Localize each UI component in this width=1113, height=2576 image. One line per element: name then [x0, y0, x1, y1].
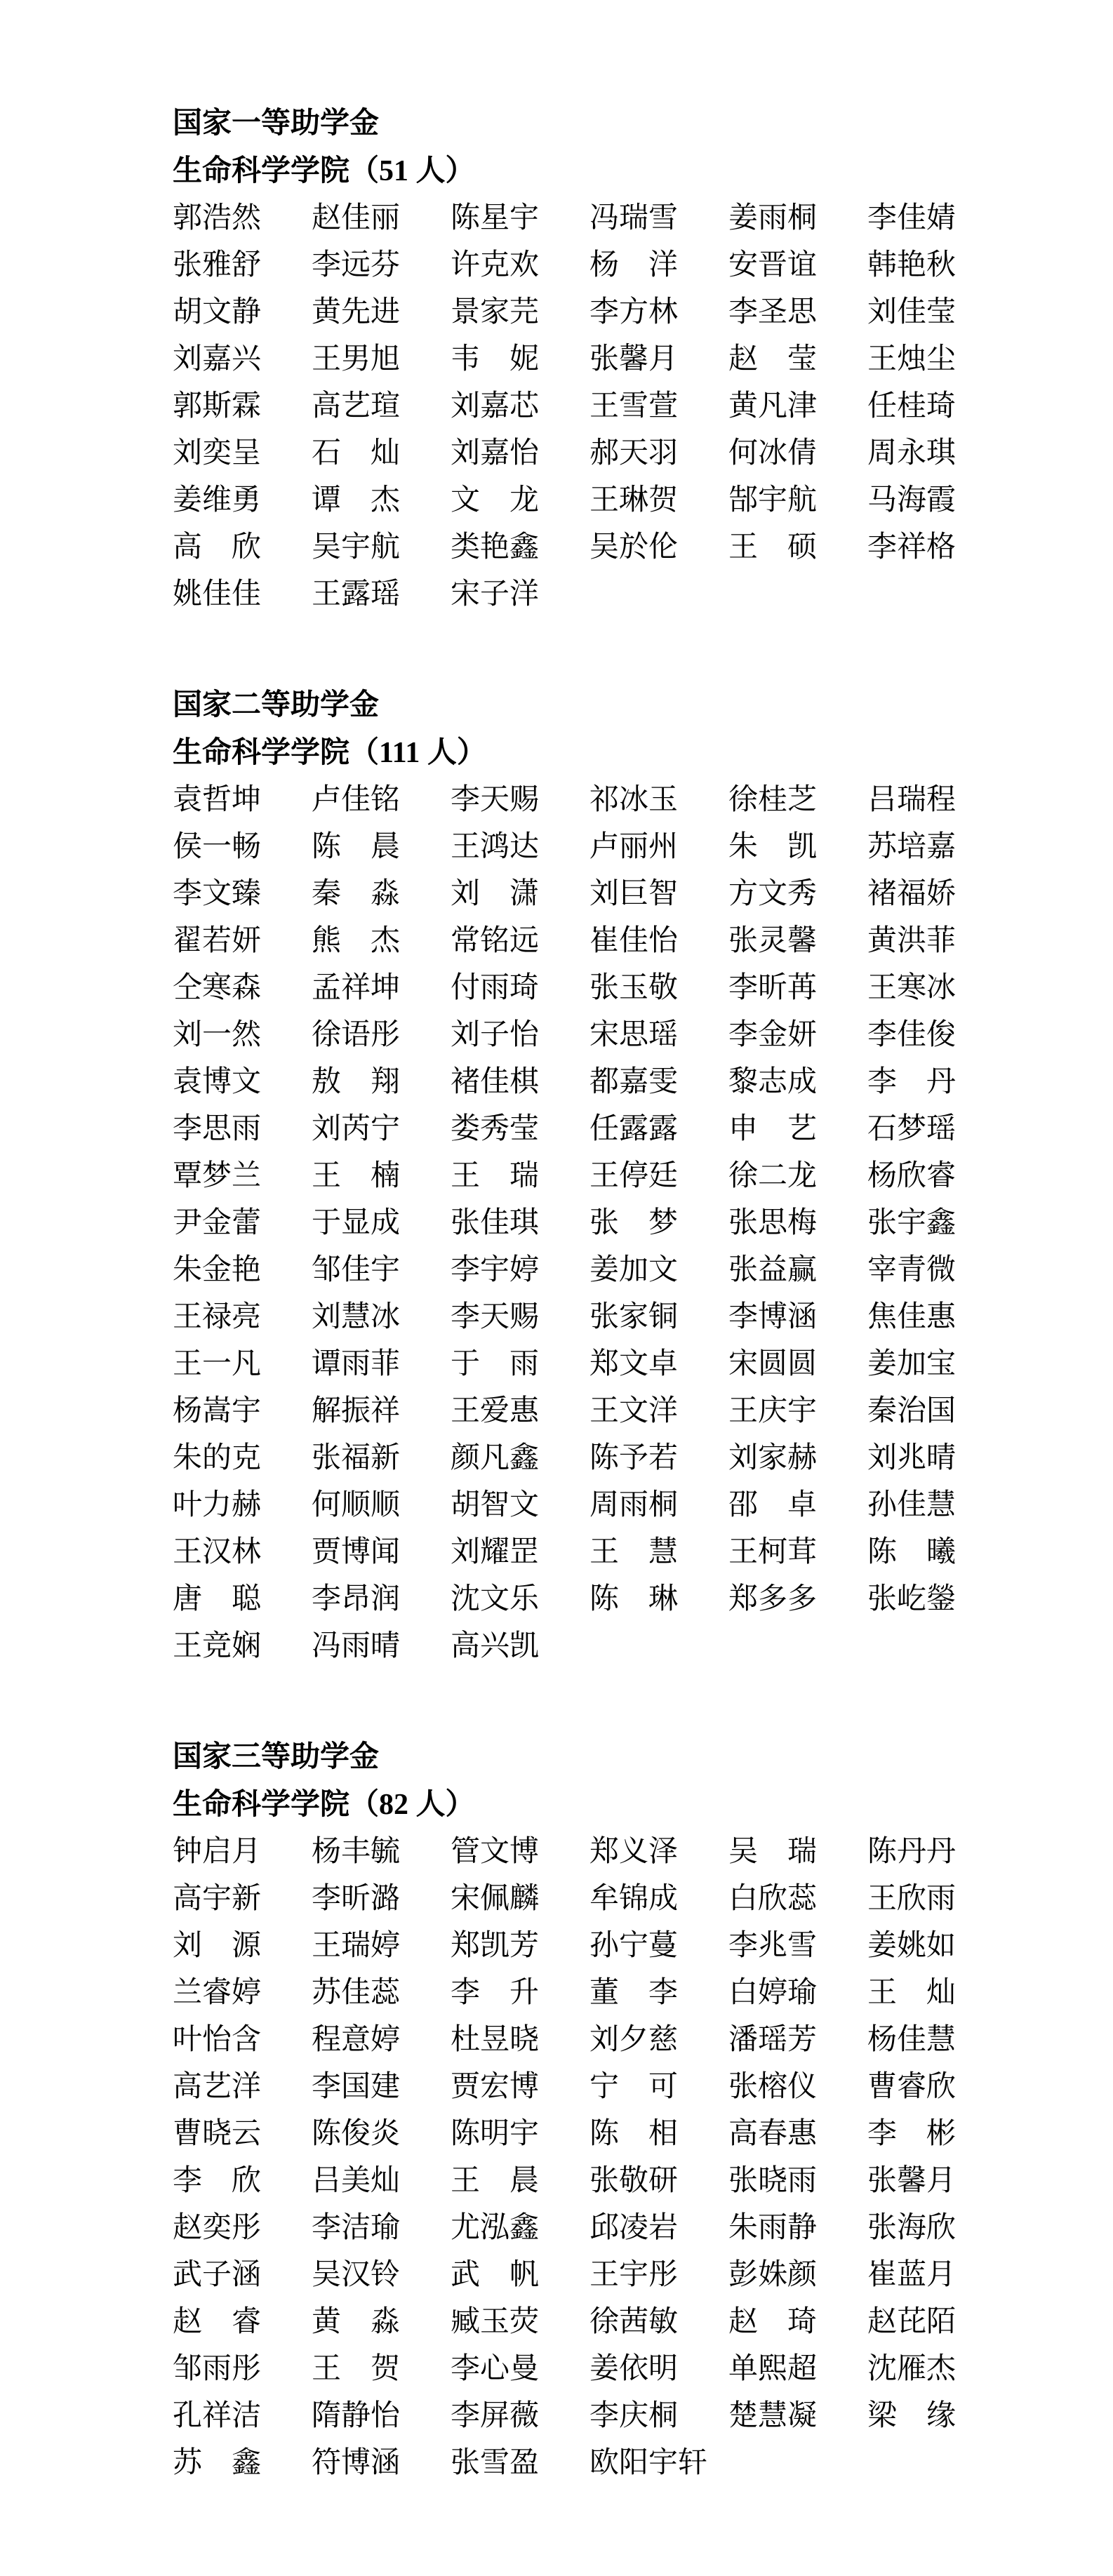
recipient-name: 胡智文: [451, 1489, 539, 1521]
recipient-name: 都嘉雯: [589, 1066, 678, 1098]
recipient-name: 曹睿欣: [867, 2071, 956, 2103]
name-cell: 常铭远: [451, 918, 589, 965]
recipient-name: 管文博: [451, 1836, 539, 1868]
recipient-name: 黄凡津: [728, 390, 817, 422]
name-cell: 许克欢: [451, 242, 589, 289]
name-row: 仝寒森孟祥坤付雨琦张玉敬李昕苒王寒冰: [173, 965, 1029, 1012]
recipient-name: 武子涵: [173, 2259, 261, 2291]
name-cell: 陈 相: [589, 2111, 728, 2158]
recipient-name: 景家芫: [451, 296, 539, 328]
recipient-name: 李昕苒: [728, 972, 817, 1004]
section-subtitle: 生命科学学院（82 人）: [173, 1781, 1029, 1829]
recipient-name: 高艺瑄: [312, 390, 400, 422]
recipient-name: 石梦瑶: [867, 1113, 956, 1145]
recipient-name: 焦佳惠: [867, 1301, 956, 1333]
recipient-name: 张灵馨: [728, 925, 817, 957]
recipient-name: 邹佳宇: [312, 1254, 400, 1286]
name-row: 刘奕呈石 灿刘嘉怡郝天羽何冰倩周永琪: [173, 430, 1029, 477]
name-cell: 安晋谊: [728, 242, 867, 289]
name-cell: 徐茜敏: [589, 2299, 728, 2346]
name-cell: 祁冰玉: [589, 777, 728, 824]
recipient-name: 安晋谊: [728, 249, 817, 281]
name-cell: 宋思瑶: [589, 1012, 728, 1059]
recipient-name: 李天赐: [451, 1301, 539, 1333]
recipient-name: 李圣思: [728, 296, 817, 328]
recipient-name: 宋佩麟: [451, 1883, 539, 1915]
recipient-name: 李昕潞: [312, 1883, 400, 1915]
recipient-name: 沈雁杰: [867, 2353, 956, 2385]
name-cell: 马海霞: [867, 477, 1006, 524]
name-cell: 褚佳棋: [451, 1059, 589, 1106]
recipient-name: 白婷瑜: [728, 1977, 817, 2009]
name-cell: 熊 杰: [312, 918, 451, 965]
recipient-name: 刘巨智: [589, 878, 678, 910]
recipient-name: 侯一畅: [173, 831, 261, 863]
name-cell: 陈 琳: [589, 1576, 728, 1623]
recipient-name: 李思雨: [173, 1113, 261, 1145]
recipient-name: 褚佳棋: [451, 1066, 539, 1098]
name-cell: 曹晓云: [173, 2111, 312, 2158]
recipient-name: 李 彬: [867, 2118, 956, 2150]
recipient-name: 王停廷: [589, 1160, 678, 1192]
name-cell: 刘慧冰: [312, 1294, 451, 1341]
name-cell: 杨丰毓: [312, 1829, 451, 1876]
recipient-name: 王瑞婷: [312, 1930, 400, 1962]
name-cell: 王庆宇: [728, 1388, 867, 1435]
recipient-name: 高 欣: [173, 531, 261, 563]
name-cell: 刘兆晴: [867, 1435, 1006, 1482]
name-cell: 黄 淼: [312, 2299, 451, 2346]
recipient-name: 兰睿婷: [173, 1977, 261, 2009]
recipient-name: 陈 相: [589, 2118, 678, 2150]
name-cell: 姜维勇: [173, 477, 312, 524]
recipient-name: 李博涵: [728, 1301, 817, 1333]
section-third-class-grant: 国家三等助学金 生命科学学院（82 人） 钟启月杨丰毓管文博郑义泽吴 瑞陈丹丹高…: [173, 1733, 1029, 2487]
recipient-name: 张雪盈: [451, 2447, 539, 2479]
name-row: 武子涵吴汉铃武 帆王宇彤彭姝颜崔蓝月: [173, 2252, 1029, 2299]
name-cell: 李洁瑜: [312, 2205, 451, 2252]
name-row: 姚佳佳王露瑶宋子洋: [173, 571, 1029, 618]
name-row: 姜维勇谭 杰文 龙王琳贺郜宇航马海霞: [173, 477, 1029, 524]
recipient-name: 刘嘉兴: [173, 343, 261, 375]
name-cell: 王琳贺: [589, 477, 728, 524]
name-cell: 李圣思: [728, 289, 867, 336]
name-cell: 冯瑞雪: [589, 195, 728, 242]
recipient-name: 刘嘉怡: [451, 437, 539, 469]
recipient-name: 翟若妍: [173, 925, 261, 957]
recipient-name: 陈丹丹: [867, 1836, 956, 1868]
recipient-name: 王欣雨: [867, 1883, 956, 1915]
name-cell: 刘子怡: [451, 1012, 589, 1059]
name-row: 朱的克张福新颜凡鑫陈予若刘家赫刘兆晴: [173, 1435, 1029, 1482]
name-row: 孔祥洁隋静怡李屏薇李庆桐楚慧凝梁 缘: [173, 2393, 1029, 2440]
recipient-name: 张 梦: [589, 1207, 678, 1239]
recipient-name: 秦 淼: [312, 878, 400, 910]
recipient-name: 朱的克: [173, 1442, 261, 1474]
recipient-name: 白欣蕊: [728, 1883, 817, 1915]
name-cell: 陈星宇: [451, 195, 589, 242]
name-cell: 赵芘陌: [867, 2299, 1006, 2346]
name-cell: 徐语彤: [312, 1012, 451, 1059]
recipient-name: 王庆宇: [728, 1395, 817, 1427]
recipient-name: 杨嵩宇: [173, 1395, 261, 1427]
name-row: 王竞娴冯雨晴高兴凯: [173, 1623, 1029, 1670]
recipient-name: 刘慧冰: [312, 1301, 400, 1333]
name-cell: 宁 可: [589, 2064, 728, 2111]
name-grid: 郭浩然赵佳丽陈星宇冯瑞雪姜雨桐李佳婧张雅舒李远芬许克欢杨 洋安晋谊韩艳秋胡文静黄…: [173, 195, 1029, 618]
name-cell: 尤泓鑫: [451, 2205, 589, 2252]
name-cell: 周雨桐: [589, 1482, 728, 1529]
name-cell: 李天赐: [451, 777, 589, 824]
recipient-name: 潘瑶芳: [728, 2024, 817, 2056]
recipient-name: 李祥格: [867, 531, 956, 563]
name-cell: 王禄亮: [173, 1294, 312, 1341]
recipient-name: 黄洪菲: [867, 925, 956, 957]
name-row: 高艺洋李国建贾宏博宁 可张榕仪曹睿欣: [173, 2064, 1029, 2111]
recipient-name: 胡文静: [173, 296, 261, 328]
name-cell: 李祥格: [867, 524, 1006, 571]
recipient-name: 杨佳慧: [867, 2024, 956, 2056]
recipient-name: 敖 翔: [312, 1066, 400, 1098]
name-row: 王禄亮刘慧冰李天赐张家铜李博涵焦佳惠: [173, 1294, 1029, 1341]
name-cell: 秦治国: [867, 1388, 1006, 1435]
name-cell: 陈丹丹: [867, 1829, 1006, 1876]
name-cell: 李宇婷: [451, 1247, 589, 1294]
name-cell: 杨 洋: [589, 242, 728, 289]
name-row: 李 欣吕美灿王 晨张敬研张晓雨张馨月: [173, 2158, 1029, 2205]
recipient-name: 崔蓝月: [867, 2259, 956, 2291]
recipient-name: 邵 卓: [728, 1489, 817, 1521]
name-cell: 胡文静: [173, 289, 312, 336]
name-cell: 于显成: [312, 1200, 451, 1247]
name-cell: 张雪盈: [451, 2440, 589, 2487]
name-row: 刘嘉兴王男旭韦 妮张馨月赵 莹王烛尘: [173, 336, 1029, 383]
section-subtitle: 生命科学学院（111 人）: [173, 729, 1029, 777]
name-cell: 解振祥: [312, 1388, 451, 1435]
name-row: 王一凡谭雨菲于 雨郑文卓宋圆圆姜加宝: [173, 1341, 1029, 1388]
name-cell: 张福新: [312, 1435, 451, 1482]
name-cell: 李方林: [589, 289, 728, 336]
recipient-name: 王竞娴: [173, 1630, 261, 1662]
recipient-name: 张馨月: [867, 2165, 956, 2197]
recipient-name: 黄先进: [312, 296, 400, 328]
name-cell: 单熙超: [728, 2346, 867, 2393]
recipient-name: 苏佳蕊: [312, 1977, 400, 2009]
recipient-name: 李屏薇: [451, 2400, 539, 2432]
recipient-name: 王汉林: [173, 1536, 261, 1568]
name-cell: 邹佳宇: [312, 1247, 451, 1294]
name-row: 朱金艳邹佳宇李宇婷姜加文张益赢宰青微: [173, 1247, 1029, 1294]
name-cell: 刘嘉怡: [451, 430, 589, 477]
name-cell: 谭 杰: [312, 477, 451, 524]
name-cell: 王瑞婷: [312, 1923, 451, 1970]
recipient-name: 袁博文: [173, 1066, 261, 1098]
name-cell: 兰睿婷: [173, 1970, 312, 2017]
recipient-name: 吴汉铃: [312, 2259, 400, 2291]
recipient-name: 文 龙: [451, 484, 539, 516]
recipient-name: 符博涵: [312, 2447, 400, 2479]
name-cell: 朱 凯: [728, 824, 867, 871]
recipient-name: 张雅舒: [173, 249, 261, 281]
recipient-name: 陈 晨: [312, 831, 400, 863]
name-cell: 李昂润: [312, 1576, 451, 1623]
recipient-name: 武 帆: [451, 2259, 539, 2291]
name-cell: 王文洋: [589, 1388, 728, 1435]
recipient-name: 姜雨桐: [728, 202, 817, 234]
recipient-name: 邹雨彤: [173, 2353, 261, 2385]
name-cell: 王 硕: [728, 524, 867, 571]
name-row: 曹晓云陈俊炎陈明宇陈 相高春惠李 彬: [173, 2111, 1029, 2158]
name-row: 兰睿婷苏佳蕊李 升董 李白婷瑜王 灿: [173, 1970, 1029, 2017]
name-cell: 朱的克: [173, 1435, 312, 1482]
recipient-name: 何顺顺: [312, 1489, 400, 1521]
recipient-name: 孟祥坤: [312, 972, 400, 1004]
name-cell: 方文秀: [728, 871, 867, 918]
name-cell: 杜昱晓: [451, 2017, 589, 2064]
recipient-name: 张馨月: [589, 343, 678, 375]
recipient-name: 徐茜敏: [589, 2306, 678, 2338]
recipient-name: 杨丰毓: [312, 1836, 400, 1868]
recipient-name: 李 丹: [867, 1066, 956, 1098]
recipient-name: 马海霞: [867, 484, 956, 516]
name-cell: 娄秀莹: [451, 1106, 589, 1153]
name-cell: 王宇彤: [589, 2252, 728, 2299]
recipient-name: 郝天羽: [589, 437, 678, 469]
name-cell: 文 龙: [451, 477, 589, 524]
recipient-name: 苏培嘉: [867, 831, 956, 863]
name-cell: 郑凯芳: [451, 1923, 589, 1970]
recipient-name: 单熙超: [728, 2353, 817, 2385]
name-cell: 王欣雨: [867, 1876, 1006, 1923]
recipient-name: 陈予若: [589, 1442, 678, 1474]
recipient-name: 郑多多: [728, 1583, 817, 1615]
recipient-name: 尤泓鑫: [451, 2212, 539, 2244]
name-cell: 彭姝颜: [728, 2252, 867, 2299]
name-cell: 张馨月: [867, 2158, 1006, 2205]
name-cell: 楚慧凝: [728, 2393, 867, 2440]
recipient-name: 李心曼: [451, 2353, 539, 2385]
name-cell: 姜雨桐: [728, 195, 867, 242]
name-row: 叶怡含程意婷杜昱晓刘夕慈潘瑶芳杨佳慧: [173, 2017, 1029, 2064]
recipient-name: 程意婷: [312, 2024, 400, 2056]
recipient-name: 隋静怡: [312, 2400, 400, 2432]
recipient-name: 褚福娇: [867, 878, 956, 910]
name-row: 邹雨彤王 贺李心曼姜依明单熙超沈雁杰: [173, 2346, 1029, 2393]
recipient-name: 赵 莹: [728, 343, 817, 375]
name-cell: 陈俊炎: [312, 2111, 451, 2158]
name-cell: 贾宏博: [451, 2064, 589, 2111]
recipient-name: 袁哲坤: [173, 784, 261, 816]
name-cell: 于 雨: [451, 1341, 589, 1388]
recipient-name: 李文臻: [173, 878, 261, 910]
name-cell: 刘奕呈: [173, 430, 312, 477]
recipient-name: 李佳俊: [867, 1019, 956, 1051]
recipient-name: 李国建: [312, 2071, 400, 2103]
recipient-name: 李 欣: [173, 2165, 261, 2197]
recipient-name: 王 晨: [451, 2165, 539, 2197]
name-cell: 沈文乐: [451, 1576, 589, 1623]
name-cell: 王 楠: [312, 1153, 451, 1200]
recipient-name: 朱金艳: [173, 1254, 261, 1286]
name-cell: 陈 晨: [312, 824, 451, 871]
recipient-name: 徐二龙: [728, 1160, 817, 1192]
name-cell: 邱凌岩: [589, 2205, 728, 2252]
name-cell: 梁 缘: [867, 2393, 1006, 2440]
name-cell: 尹金蕾: [173, 1200, 312, 1247]
name-cell: 徐二龙: [728, 1153, 867, 1200]
recipient-name: 王文洋: [589, 1395, 678, 1427]
name-cell: 臧玉荧: [451, 2299, 589, 2346]
name-cell: 李兆雪: [728, 1923, 867, 1970]
recipient-name: 赵 睿: [173, 2306, 261, 2338]
name-cell: 付雨琦: [451, 965, 589, 1012]
recipient-name: 申 艺: [728, 1113, 817, 1145]
name-cell: 王 慧: [589, 1529, 728, 1576]
name-row: 王汉林贾博闻刘耀罡王 慧王柯茸陈 曦: [173, 1529, 1029, 1576]
recipient-name: 王 灿: [867, 1977, 956, 2009]
name-cell: 姜加文: [589, 1247, 728, 1294]
name-cell: 杨佳慧: [867, 2017, 1006, 2064]
name-cell: 翟若妍: [173, 918, 312, 965]
name-cell: 杨嵩宇: [173, 1388, 312, 1435]
recipient-name: 杨欣睿: [867, 1160, 956, 1192]
recipient-name: 高宇新: [173, 1883, 261, 1915]
name-cell: 黄凡津: [728, 383, 867, 430]
name-cell: 邵 卓: [728, 1482, 867, 1529]
name-cell: 张思梅: [728, 1200, 867, 1247]
recipient-name: 郑凯芳: [451, 1930, 539, 1962]
name-cell: 朱金艳: [173, 1247, 312, 1294]
name-cell: 徐桂芝: [728, 777, 867, 824]
name-cell: 孟祥坤: [312, 965, 451, 1012]
recipient-name: 叶怡含: [173, 2024, 261, 2056]
recipient-name: 李天赐: [451, 784, 539, 816]
name-cell: 潘瑶芳: [728, 2017, 867, 2064]
name-row: 唐 聪李昂润沈文乐陈 琳郑多多张屹鎣: [173, 1576, 1029, 1623]
recipient-name: 王男旭: [312, 343, 400, 375]
name-cell: 刘巨智: [589, 871, 728, 918]
name-cell: 谭雨菲: [312, 1341, 451, 1388]
name-cell: 宋圆圆: [728, 1341, 867, 1388]
name-cell: 吕瑞程: [867, 777, 1006, 824]
recipient-name: 赵佳丽: [312, 202, 400, 234]
name-grid: 袁哲坤卢佳铭李天赐祁冰玉徐桂芝吕瑞程侯一畅陈 晨王鸿达卢丽州朱 凯苏培嘉李文臻秦…: [173, 777, 1029, 1670]
recipient-name: 王寒冰: [867, 972, 956, 1004]
name-cell: 李 彬: [867, 2111, 1006, 2158]
recipient-name: 宋思瑶: [589, 1019, 678, 1051]
name-cell: 王雪萱: [589, 383, 728, 430]
name-cell: 刘 潇: [451, 871, 589, 918]
recipient-name: 楚慧凝: [728, 2400, 817, 2432]
name-cell: 张馨月: [589, 336, 728, 383]
recipient-name: 姜维勇: [173, 484, 261, 516]
name-cell: 崔佳怡: [589, 918, 728, 965]
recipient-name: 祁冰玉: [589, 784, 678, 816]
recipient-name: 赵 琦: [728, 2306, 817, 2338]
recipient-name: 刘 源: [173, 1930, 261, 1962]
name-cell: 王露瑶: [312, 571, 451, 618]
name-cell: 管文博: [451, 1829, 589, 1876]
name-row: 覃梦兰王 楠王 瑞王停廷徐二龙杨欣睿: [173, 1153, 1029, 1200]
name-cell: 高艺洋: [173, 2064, 312, 2111]
recipient-name: 任露露: [589, 1113, 678, 1145]
section-first-class-grant: 国家一等助学金 生命科学学院（51 人） 郭浩然赵佳丽陈星宇冯瑞雪姜雨桐李佳婧张…: [173, 100, 1029, 618]
name-cell: 孙佳慧: [867, 1482, 1006, 1529]
name-cell: 李思雨: [173, 1106, 312, 1153]
name-cell: 张屹鎣: [867, 1576, 1006, 1623]
name-row: 侯一畅陈 晨王鸿达卢丽州朱 凯苏培嘉: [173, 824, 1029, 871]
recipient-name: 任桂琦: [867, 390, 956, 422]
name-cell: 苏培嘉: [867, 824, 1006, 871]
recipient-name: 王烛尘: [867, 343, 956, 375]
name-cell: 宋佩麟: [451, 1876, 589, 1923]
recipient-name: 冯雨晴: [312, 1630, 400, 1662]
recipient-name: 陈 曦: [867, 1536, 956, 1568]
name-row: 李文臻秦 淼刘 潇刘巨智方文秀褚福娇: [173, 871, 1029, 918]
recipient-name: 张佳琪: [451, 1207, 539, 1239]
name-cell: 白婷瑜: [728, 1970, 867, 2017]
section-subtitle: 生命科学学院（51 人）: [173, 147, 1029, 195]
recipient-name: 王琳贺: [589, 484, 678, 516]
recipient-name: 李兆雪: [728, 1930, 817, 1962]
name-cell: 张佳琪: [451, 1200, 589, 1247]
name-cell: 刘嘉兴: [173, 336, 312, 383]
recipient-name: 崔佳怡: [589, 925, 678, 957]
recipient-name: 类艳鑫: [451, 531, 539, 563]
name-cell: 李佳婧: [867, 195, 1006, 242]
recipient-name: 许克欢: [451, 249, 539, 281]
section-second-class-grant: 国家二等助学金 生命科学学院（111 人） 袁哲坤卢佳铭李天赐祁冰玉徐桂芝吕瑞程…: [173, 681, 1029, 1670]
name-cell: 陈明宇: [451, 2111, 589, 2158]
recipient-name: 吴 瑞: [728, 1836, 817, 1868]
name-cell: 王汉林: [173, 1529, 312, 1576]
name-cell: 郑多多: [728, 1576, 867, 1623]
name-row: 尹金蕾于显成张佳琪张 梦张思梅张宇鑫: [173, 1200, 1029, 1247]
name-cell: 李 升: [451, 1970, 589, 2017]
recipient-name: 唐 聪: [173, 1583, 261, 1615]
name-cell: 景家芫: [451, 289, 589, 336]
recipient-name: 王柯茸: [728, 1536, 817, 1568]
name-cell: 白欣蕊: [728, 1876, 867, 1923]
name-cell: 钟启月: [173, 1829, 312, 1876]
name-cell: 张家铜: [589, 1294, 728, 1341]
name-cell: 李昕苒: [728, 965, 867, 1012]
name-cell: 张雅舒: [173, 242, 312, 289]
recipient-name: 张屹鎣: [867, 1583, 956, 1615]
recipient-name: 黎志成: [728, 1066, 817, 1098]
name-row: 赵奕彤李洁瑜尤泓鑫邱凌岩朱雨静张海欣: [173, 2205, 1029, 2252]
recipient-name: 张福新: [312, 1442, 400, 1474]
name-cell: 叶力赫: [173, 1482, 312, 1529]
recipient-name: 谭 杰: [312, 484, 400, 516]
name-cell: 吕美灿: [312, 2158, 451, 2205]
name-cell: 何冰倩: [728, 430, 867, 477]
name-cell: 张榕仪: [728, 2064, 867, 2111]
name-cell: 高春惠: [728, 2111, 867, 2158]
recipient-name: 吴於伦: [589, 531, 678, 563]
name-cell: 侯一畅: [173, 824, 312, 871]
name-cell: 刘一然: [173, 1012, 312, 1059]
name-row: 张雅舒李远芬许克欢杨 洋安晋谊韩艳秋: [173, 242, 1029, 289]
name-cell: 武子涵: [173, 2252, 312, 2299]
name-row: 郭浩然赵佳丽陈星宇冯瑞雪姜雨桐李佳婧: [173, 195, 1029, 242]
name-cell: 王 贺: [312, 2346, 451, 2393]
name-cell: 焦佳惠: [867, 1294, 1006, 1341]
recipient-name: 郭浩然: [173, 202, 261, 234]
name-cell: 邹雨彤: [173, 2346, 312, 2393]
recipient-name: 郑义泽: [589, 1836, 678, 1868]
recipient-name: 陈俊炎: [312, 2118, 400, 2150]
